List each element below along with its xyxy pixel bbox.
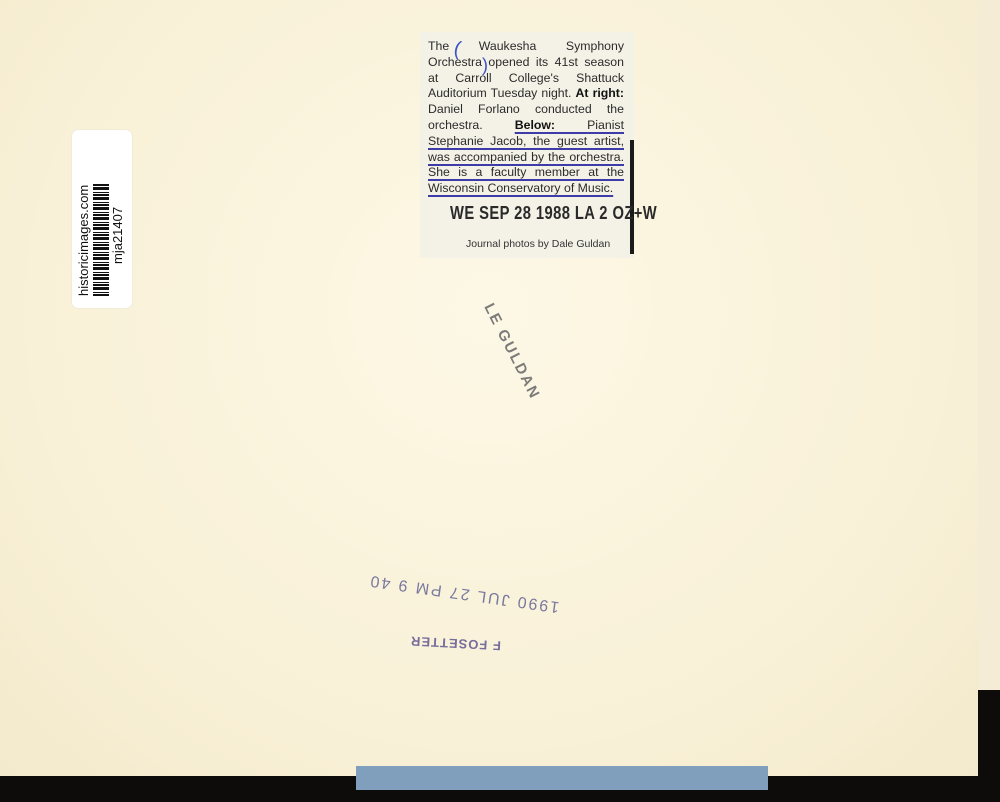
clipping-edge-mark [630,140,634,254]
photo-credit: Journal photos by Dale Guldan [466,238,610,250]
label-site: historicimages.com [76,185,91,296]
scan-border [978,690,1000,802]
barcode-icon [93,184,109,296]
caption-at-right: At right: [576,86,624,100]
caption-below: Below: [515,118,587,132]
tape-strip [356,766,768,790]
pen-mark-close: ) [482,55,488,76]
paper-right-edge [978,0,1000,802]
newspaper-clipping: The Waukesha Symphony Orchestra opened i… [420,32,634,258]
label-code: mja21407 [110,207,125,264]
archive-label: historicimages.com mja21407 [72,130,132,308]
date-stamp: WE SEP 28 1988 LA 2 OZ+W [450,203,657,224]
caption-text: The Waukesha Symphony Orchestra opened i… [428,39,624,197]
scan-border-bottom [356,790,768,802]
